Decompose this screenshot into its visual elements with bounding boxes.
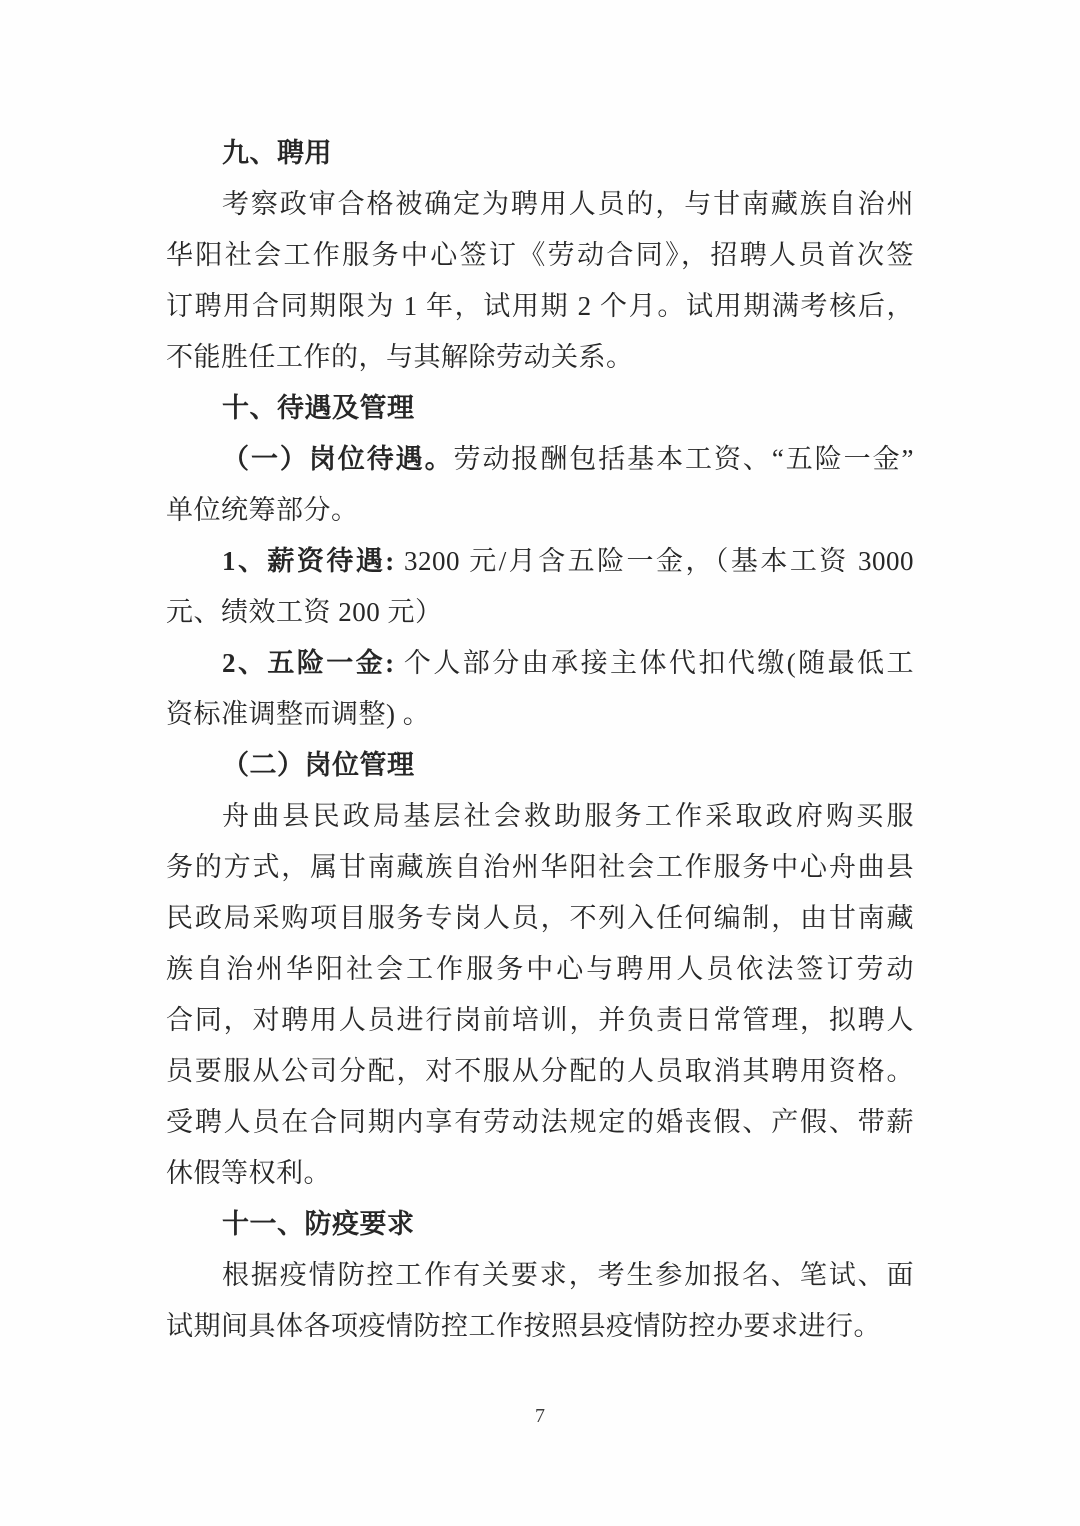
text-segment: 十一、防疫要求 [222,1209,415,1239]
text-line: 舟曲县民政局基层社会救助服务工作采取政府购买服 [166,791,914,842]
text-line: 务的方式，属甘南藏族自治州华阳社会工作服务中心舟曲县 [166,842,914,893]
text-segment: 2、五险一金: [222,648,395,678]
text-line: 族自治州华阳社会工作服务中心与聘用人员依法签订劳动 [166,944,914,995]
text-segment: 九、聘用 [222,138,332,168]
text-segment: 3200 元/月含五险一金，（基本工资 3000 [395,546,914,576]
text-segment: 华阳社会工作服务中心签订《劳动合同》，招聘人员首次签 [166,240,914,270]
text-line: 华阳社会工作服务中心签订《劳动合同》，招聘人员首次签 [166,230,914,281]
text-segment: 合同，对聘用人员进行岗前培训，并负责日常管理，拟聘人 [166,1005,914,1035]
text-segment: 族自治州华阳社会工作服务中心与聘用人员依法签订劳动 [166,954,914,984]
text-segment: （二）岗位管理 [222,750,415,780]
document-content: 九、聘用考察政审合格被确定为聘用人员的，与甘南藏族自治州华阳社会工作服务中心签订… [166,128,914,1352]
text-line: （一）岗位待遇。劳动报酬包括基本工资、“五险一金” [166,434,914,485]
text-segment: 民政局采购项目服务专岗人员，不列入任何编制，由甘南藏 [166,903,914,933]
text-line: 民政局采购项目服务专岗人员，不列入任何编制，由甘南藏 [166,893,914,944]
section-heading: 九、聘用 [166,128,914,179]
text-line: 合同，对聘用人员进行岗前培训，并负责日常管理，拟聘人 [166,995,914,1046]
text-segment: 资标准调整而调整) 。 [166,699,430,729]
text-segment: 根据疫情防控工作有关要求，考生参加报名、笔试、面 [222,1260,914,1290]
text-line: 资标准调整而调整) 。 [166,689,914,740]
section-heading: 十、待遇及管理 [166,383,914,434]
text-line: 员要服从公司分配，对不服从分配的人员取消其聘用资格。 [166,1046,914,1097]
text-segment: 单位统筹部分。 [166,495,359,525]
text-segment: 个人部分由承接主体代扣代缴(随最低工 [395,648,914,678]
text-line: 根据疫情防控工作有关要求，考生参加报名、笔试、面 [166,1250,914,1301]
section-heading: 十一、防疫要求 [166,1199,914,1250]
text-line: 不能胜任工作的，与其解除劳动关系。 [166,332,914,383]
text-line: 2、五险一金: 个人部分由承接主体代扣代缴(随最低工 [166,638,914,689]
text-line: 考察政审合格被确定为聘用人员的，与甘南藏族自治州 [166,179,914,230]
text-segment: 考察政审合格被确定为聘用人员的，与甘南藏族自治州 [222,189,914,219]
text-segment: 员要服从公司分配，对不服从分配的人员取消其聘用资格。 [166,1056,914,1086]
page-number: 7 [0,1405,1080,1428]
text-segment: 试期间具体各项疫情防控工作按照县疫情防控办要求进行。 [166,1311,881,1341]
text-line: 元、绩效工资 200 元） [166,587,914,638]
text-line: 订聘用合同期限为 1 年，试用期 2 个月。试用期满考核后， [166,281,914,332]
text-segment: 务的方式，属甘南藏族自治州华阳社会工作服务中心舟曲县 [166,852,914,882]
text-segment: 受聘人员在合同期内享有劳动法规定的婚丧假、产假、带薪 [166,1107,914,1137]
text-line: 1、薪资待遇: 3200 元/月含五险一金，（基本工资 3000 [166,536,914,587]
text-line: 单位统筹部分。 [166,485,914,536]
text-segment: 元、绩效工资 200 元） [166,597,443,627]
text-segment: 舟曲县民政局基层社会救助服务工作采取政府购买服 [222,801,914,831]
document-page: 九、聘用考察政审合格被确定为聘用人员的，与甘南藏族自治州华阳社会工作服务中心签订… [0,0,1080,1526]
section-heading: （二）岗位管理 [166,740,914,791]
text-segment: （一）岗位待遇。 [222,444,454,474]
text-segment: 1、薪资待遇: [222,546,395,576]
text-segment: 劳动报酬包括基本工资、“五险一金” [454,444,915,474]
text-segment: 不能胜任工作的，与其解除劳动关系。 [166,342,634,372]
text-line: 休假等权利。 [166,1148,914,1199]
text-segment: 订聘用合同期限为 1 年，试用期 2 个月。试用期满考核后， [166,291,914,321]
text-segment: 休假等权利。 [166,1158,331,1188]
text-line: 受聘人员在合同期内享有劳动法规定的婚丧假、产假、带薪 [166,1097,914,1148]
text-segment: 十、待遇及管理 [222,393,415,423]
text-line: 试期间具体各项疫情防控工作按照县疫情防控办要求进行。 [166,1301,914,1352]
